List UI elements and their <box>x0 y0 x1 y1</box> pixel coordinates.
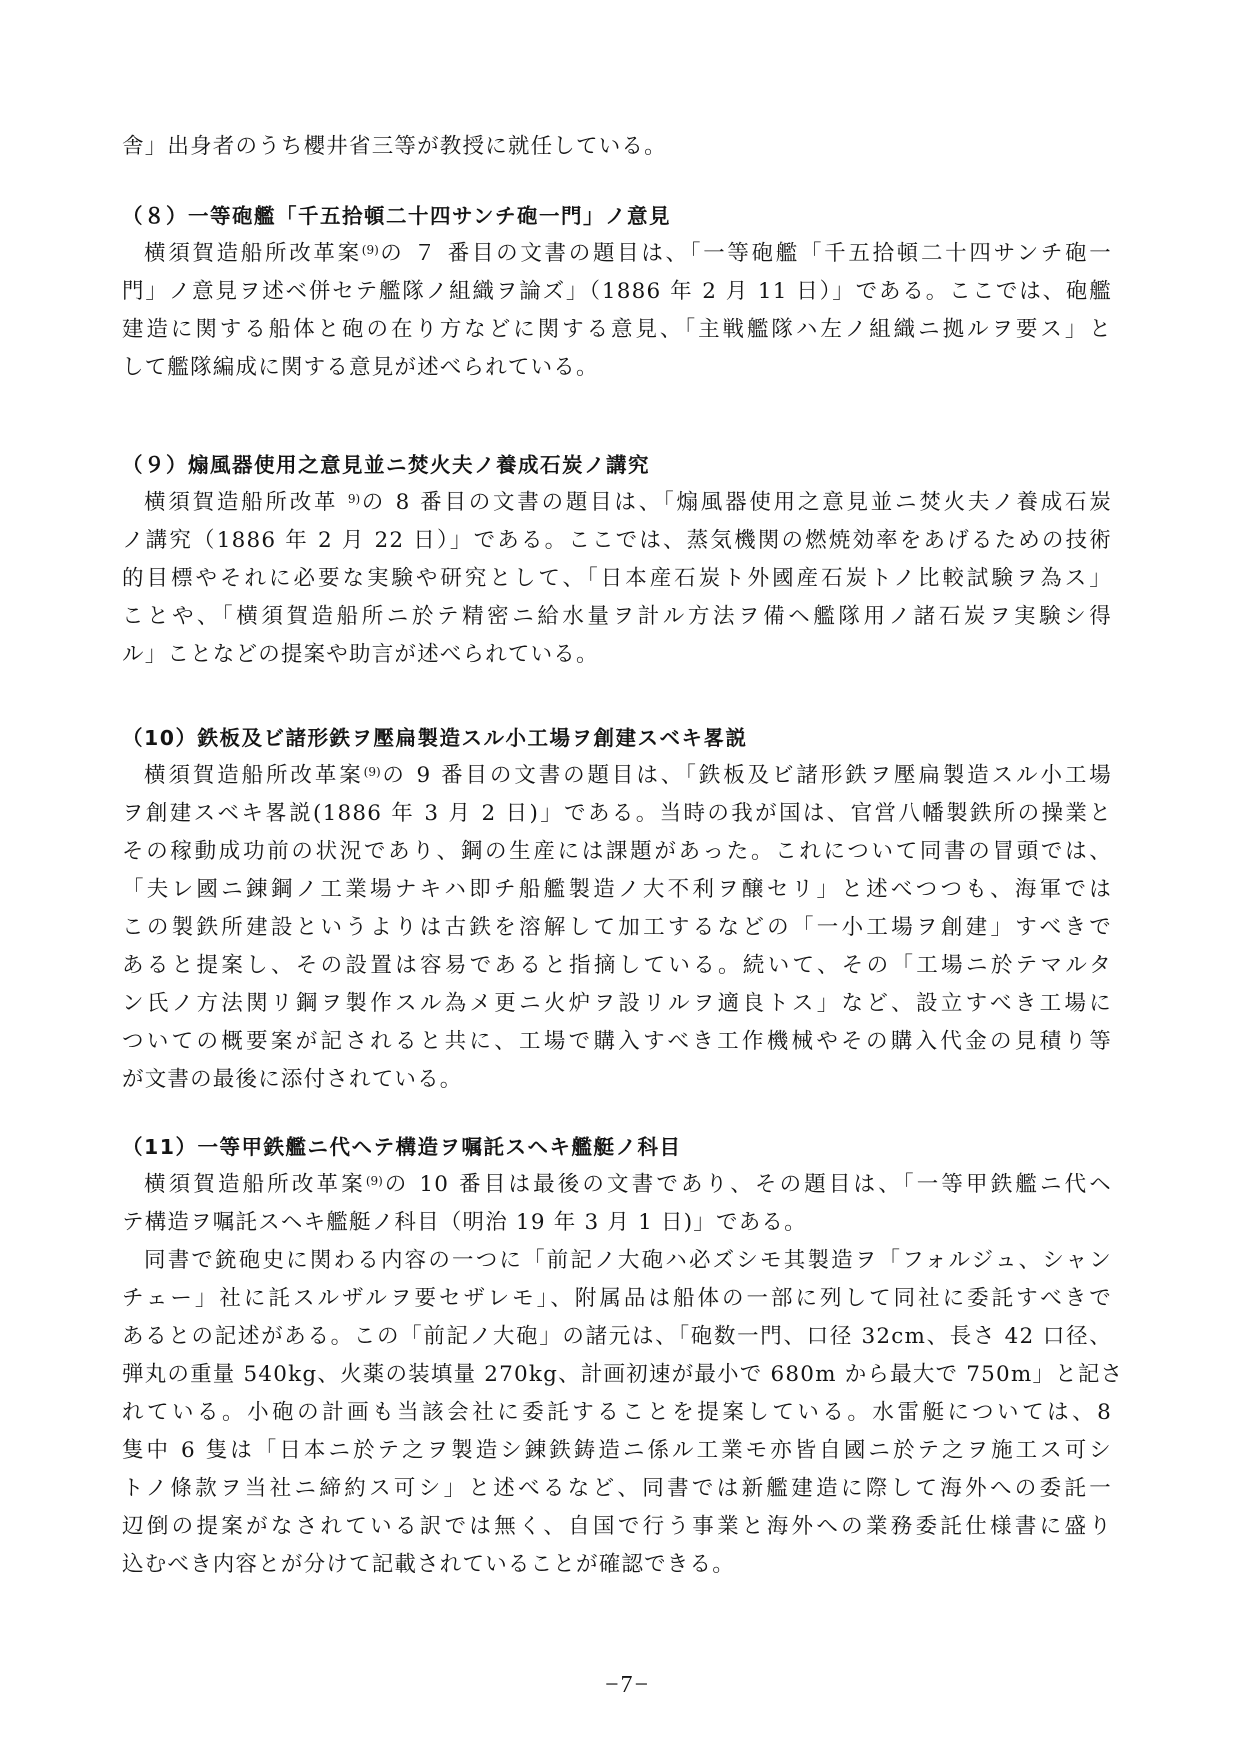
section-8-heading: （８）一等砲艦「千五拾頓二十四サンチ砲一門」ノ意見 <box>122 197 671 235</box>
section-8-line-3: 建造に関する船体と砲の在り方などに関する意見、「主戦艦隊ハ左ノ組織ニ拠ルヲ要ス」… <box>122 311 1112 349</box>
section-10-line-5: この製鉄所建設というよりは古鉄を溶解して加工するなどの「一小工場ヲ創建」すべきで <box>122 909 1112 947</box>
section-11-line-3: 同書で銃砲史に関わる内容の一つに「前記ノ大砲ハ必ズシモ其製造ヲ「フォルジュ、シャ… <box>144 1242 1112 1280</box>
section-9-line-2: ノ講究（1886 年 2 月 22 日）」である。ここでは、蒸気機関の燃焼効率を… <box>122 522 1112 560</box>
section-9-line-1: 横須賀造船所改革 9)の 8 番目の文書の題目は、「煽風器使用之意見並ニ焚火夫ノ… <box>144 484 1112 522</box>
section-9-line-4: ことや、「横須賀造船所ニ於テ精密ニ給水量ヲ計ル方法ヲ備ヘ艦隊用ノ諸石炭ヲ実験シ得 <box>122 598 1112 636</box>
section-11-line-1: 横須賀造船所改革案(9)の 10 番目は最後の文書であり、その題目は、「一等甲鉄… <box>144 1166 1112 1204</box>
section-8-line-2: 門」ノ意見ヲ述ベ併セテ艦隊ノ組織ヲ論ズ」（1886 年 2 月 11 日）」であ… <box>122 273 1112 311</box>
section-10-line-1: 横須賀造船所改革案(9)の 9 番目の文書の題目は、「鉄板及ビ諸形鉄ヲ壓扁製造ス… <box>144 757 1112 795</box>
section-11-line-4: チェー」社に託スルザルヲ要セザレモ」、附属品は船体の一部に列して同社に委託すべき… <box>122 1280 1112 1318</box>
section-10-line-6: あると提案し、その設置は容易であると指摘している。続いて、その「工場ニ於テマルタ <box>122 947 1112 985</box>
section-11-line-7: れている。小砲の計画も当該会社に委託することを提案している。水雷艇については、8 <box>122 1394 1112 1432</box>
section-10-line-2: ヲ創建スベキ畧説(1886 年 3 月 2 日)」である。当時の我が国は、官営八… <box>122 795 1112 833</box>
section-11-line-6: 弾丸の重量 540kg、火薬の装填量 270kg、計画初速が最小で 680m か… <box>122 1356 1112 1394</box>
section-10-line-4: 「夫レ國ニ錬鋼ノ工業場ナキハ即チ船艦製造ノ大不利ヲ醸セリ」と述べつつも、海軍では <box>122 871 1112 909</box>
section-11-line-8: 隻中 6 隻は「日本ニ於テ之ヲ製造シ錬鉄鋳造ニ係ル工業モ亦皆自國ニ於テ之ヲ施工ス… <box>122 1432 1112 1470</box>
footnote-ref: (9) <box>362 243 379 257</box>
section-11-line-2: テ構造ヲ嘱託スヘキ艦艇ノ科目（明治 19 年 3 月 1 日)」である。 <box>122 1204 807 1242</box>
section-11-line-9: トノ條款ヲ当社ニ締約ス可シ」と述べるなど、同書では新艦建造に際して海外への委託一 <box>122 1470 1112 1508</box>
footnote-ref: (9) <box>366 1174 383 1188</box>
section-9-line-3: 的目標やそれに必要な実験や研究として、「日本産石炭ト外國産石炭トノ比較試験ヲ為ス… <box>122 560 1112 598</box>
section-10-line-8: ついての概要案が記されると共に、工場で購入すべき工作機械やその購入代金の見積り等 <box>122 1023 1112 1061</box>
section-10-line-3: その稼動成功前の状況であり、鋼の生産には課題があった。これについて同書の冒頭では… <box>122 833 1112 871</box>
section-11-line-5: あるとの記述がある。この「前記ノ大砲」の諸元は、「砲数一門、口径 32cm、長さ… <box>122 1318 1112 1356</box>
section-11-heading: （11）一等甲鉄艦ニ代ヘテ構造ヲ嘱託スヘキ艦艇ノ科目 <box>122 1128 682 1166</box>
section-11-line-10: 辺倒の提案がなされている訳では無く、自国で行う事業と海外への業務委託仕様書に盛り <box>122 1508 1112 1546</box>
footnote-ref: (9) <box>364 765 381 779</box>
section-10-heading: （10）鉄板及ビ諸形鉄ヲ壓扁製造スル小工場ヲ創建スベキ畧説 <box>122 719 748 757</box>
section-10-line-9: が文書の最後に添付されている。 <box>122 1061 463 1099</box>
section-9-heading: （９）煽風器使用之意見並ニ焚火夫ノ養成石炭ノ講究 <box>122 446 650 484</box>
section-10-line-7: ン氏ノ方法関リ鋼ヲ製作スル為メ更ニ火炉ヲ設リルヲ適良トス」など、設立すべき工場に <box>122 985 1112 1023</box>
footnote-ref: 9) <box>348 492 360 506</box>
section-8-line-1: 横須賀造船所改革案(9)の ７ 番目の文書の題目は、「一等砲艦「千五拾頓二十四サ… <box>144 235 1112 273</box>
section-8-line-4: して艦隊編成に関する意見が述べられている。 <box>122 349 599 387</box>
page-number: −7− <box>0 1672 1255 1699</box>
section-9-line-5: ル」ことなどの提案や助言が述べられている。 <box>122 636 599 674</box>
section-11-line-11: 込むべき内容とが分けて記載されていることが確認できる。 <box>122 1546 735 1584</box>
continuation-text: 舎」出身者のうち櫻井省三等が教授に就任している。 <box>122 128 667 166</box>
